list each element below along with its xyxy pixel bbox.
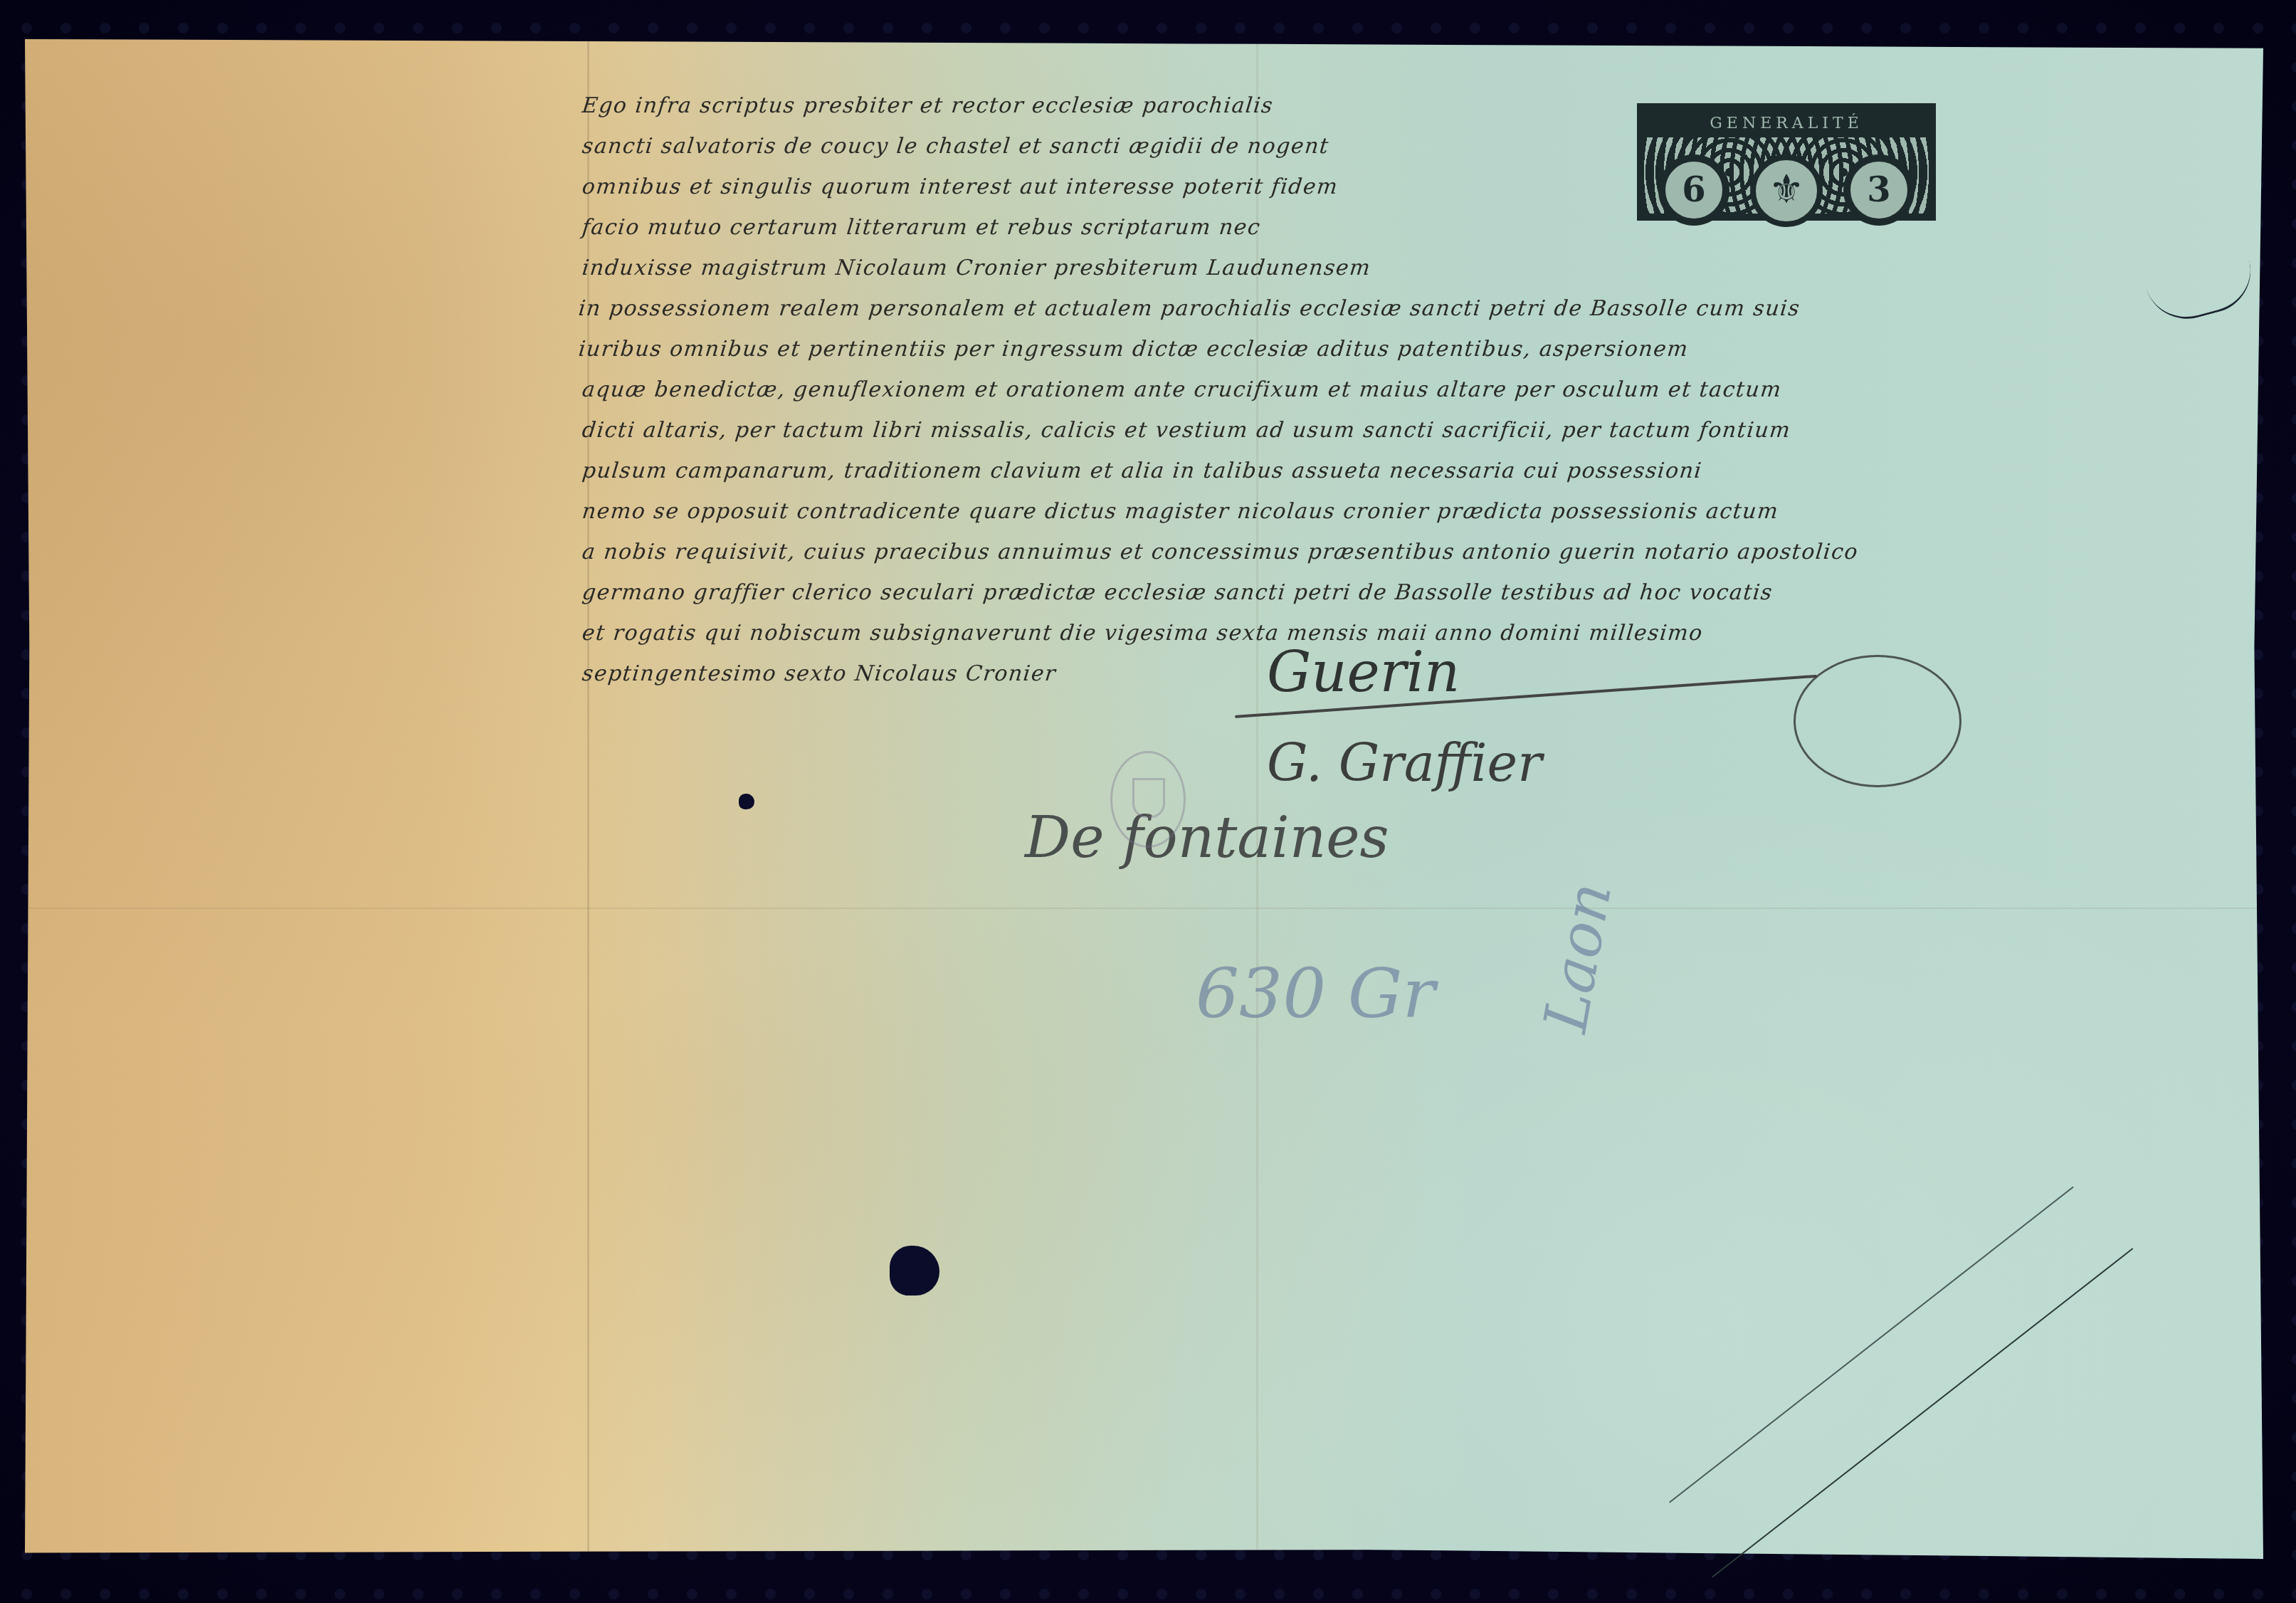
archive-seal-stamp bbox=[1110, 751, 1186, 848]
signature-graffier: G. Graffier bbox=[1267, 733, 1542, 793]
text-line: induxisse magistrum Nicolaum Cronier pre… bbox=[580, 248, 2243, 288]
text-line: germano graffier clerico seculari prædic… bbox=[580, 572, 2243, 613]
parchment-hole bbox=[890, 1246, 939, 1295]
text-line: Ego infra scriptus presbiter et rector e… bbox=[580, 85, 2243, 126]
signature-guerin: Guerin bbox=[1267, 641, 1460, 705]
text-line: a nobis requisivit, cuius praecibus annu… bbox=[580, 532, 2243, 572]
parchment-hole bbox=[739, 794, 754, 809]
text-line: iuribus omnibus et pertinentiis per ingr… bbox=[576, 329, 2239, 369]
manuscript-text: Ego infra scriptus presbiter et rector e… bbox=[582, 85, 2240, 694]
text-line: dicti altaris, per tactum libri missalis… bbox=[580, 410, 2243, 451]
text-line: pulsum campanarum, traditionem clavium e… bbox=[580, 451, 2243, 491]
text-line: sancti salvatoris de coucy le chastel et… bbox=[580, 126, 2243, 167]
text-line: omnibus et singulis quorum interest aut … bbox=[580, 167, 2243, 207]
text-line: in possessionem realem personalem et act… bbox=[576, 288, 2239, 329]
pencil-note-number: 630 Gr bbox=[1196, 954, 1435, 1034]
signature-paraph bbox=[1794, 655, 1961, 787]
text-line: nemo se opposuit contradicente quare dic… bbox=[580, 491, 2243, 532]
text-line: facio mutuo certarum litterarum et rebus… bbox=[580, 207, 2243, 248]
fold-line-horizontal bbox=[25, 908, 2263, 909]
signature-fontaines: De fontaines bbox=[1025, 804, 1389, 871]
text-line: aquæ benedictæ, genuflexionem et oration… bbox=[580, 369, 2243, 410]
